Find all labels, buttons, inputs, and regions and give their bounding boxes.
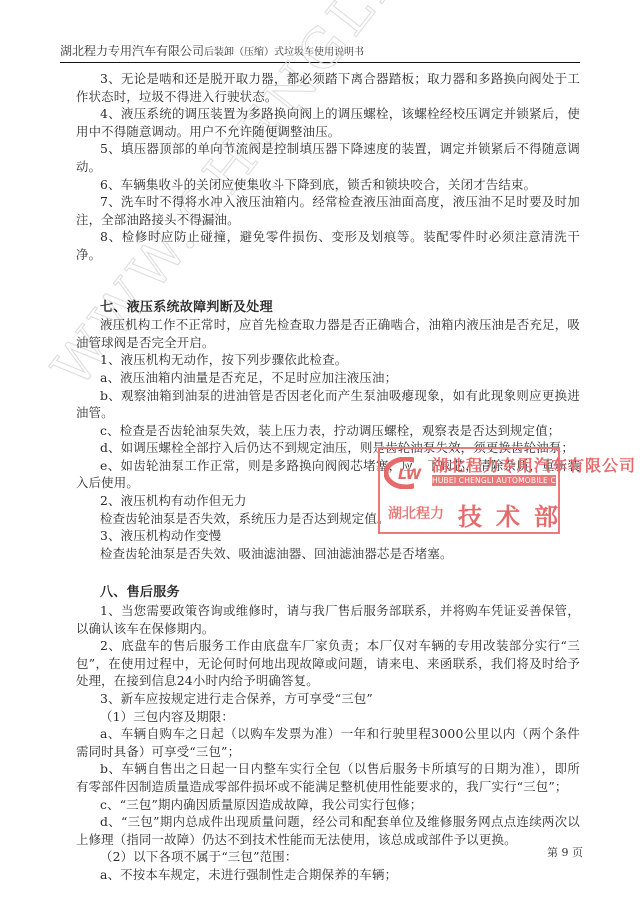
paragraph: 1、液压机构无动作，按下列步骤依此检查。	[76, 351, 580, 369]
paragraph: 4、液压系统的调压装置为多路换向阀上的调压螺栓，该螺栓经校压调定并锁紧后，使用中…	[76, 105, 580, 140]
paragraph: 8、检修时应防止碰撞，避免零件损伤、变形及划痕等。装配零件时必须注意清洗干净。	[76, 228, 580, 263]
paragraph: a、不按本车规定，未进行强制性走合期保养的车辆；	[76, 866, 580, 884]
paragraph: b、观察油箱到油泵的进油管是否因老化而产生泵油吸瘪现象，如有此现象则应更换进油管…	[76, 387, 580, 422]
paragraph: a、液压油箱内油量是否充足，不足时应加注液压油；	[76, 369, 580, 387]
paragraph: （2）以下各项不属于“三包”范围：	[76, 848, 580, 866]
paragraph: 1、当您需要政策咨询或维修时，请与我厂售后服务部联系，并将购车凭证妥善保管，以确…	[76, 602, 580, 637]
section-after-sales: 八、售后服务 1、当您需要政策咨询或维修时，请与我厂售后服务部联系，并将购车凭证…	[76, 584, 580, 883]
stamp-dept-small: 湖北程力	[388, 503, 444, 523]
section-title: 八、售后服务	[76, 584, 580, 602]
paragraph: 2、底盘车的售后服务工作由底盘车厂家负责；本厂仅对车辆的专用改装部分实行“三包”…	[76, 637, 580, 690]
paragraph: 3、新车应按规定进行走合保养，方可享受“三包”	[76, 690, 580, 708]
header-company: 湖北程力专用汽车有限公司	[60, 44, 204, 58]
section-title: 七、液压系统故障判断及处理	[76, 299, 580, 317]
paragraph: 5、填压器顶部的单向节流阀是控制填压器下降速度的装置，调定并锁紧后不得随意调动。	[76, 140, 580, 175]
page-number: 第 9 页	[547, 844, 583, 860]
document-header: 湖北程力专用汽车有限公司后装卸（压缩）式垃圾车使用说明书	[60, 44, 580, 63]
intro-list: 3、无论是啮和还是脱开取力器，都必须踏下离合器踏板；取力器和多路换向阀处于工作状…	[76, 70, 580, 264]
paragraph: 检查齿轮油泵是否失效、吸油滤油器、回油滤油器芯是否堵塞。	[76, 545, 580, 563]
paragraph: （1）三包内容及期限：	[76, 708, 580, 726]
svg-text:LW: LW	[398, 467, 422, 483]
paragraph: c、检查是否齿轮油泵失效，装上压力表，拧动调压螺栓，观察表是否达到规定值；	[76, 422, 580, 440]
header-doc-title: 后装卸（压缩）式垃圾车使用说明书	[204, 47, 364, 58]
paragraph: 液压机构工作不正常时，应首先检查取力器是否正确啮合，油箱内液压油是否充足，吸油管…	[76, 316, 580, 351]
paragraph: b、车辆自售出之日起一日内整车实行全包（以售后服务卡所填写的日期为准），即所有零…	[76, 760, 580, 795]
stamp-company-cn: 湖北程力专用汽车有限公司	[432, 453, 636, 476]
paragraph: a、车辆自购车之日起（以购车发票为准）一年和行驶里程3000公里以内（两个条件需…	[76, 725, 580, 760]
paragraph: 3、无论是啮和还是脱开取力器，都必须踏下离合器踏板；取力器和多路换向阀处于工作状…	[76, 70, 580, 105]
paragraph: 7、洗车时不得将水冲入液压油箱内。经常检查液压油面高度，液压油不足时要及时加注，…	[76, 193, 580, 228]
stamp-company-en: HUBEI CHENGLI AUTOMOBILE CO.,LTD	[432, 475, 556, 486]
company-logo-icon: LW	[384, 457, 428, 489]
stamp-dept: 技术部	[458, 497, 572, 532]
paragraph: c、“三包”期内确因质量原因造成故障，我公司实行包修；	[76, 796, 580, 814]
paragraph: d、“三包”期内总成件出现质量问题，经公司和配套单位及维修服务网点点连续两次以上…	[76, 813, 580, 848]
paragraph: 6、车辆集收斗的关闭应使集收斗下降到底，锁舌和锁块咬合，关闭才告结束。	[76, 176, 580, 194]
company-stamp: LW 湖北程力专用汽车有限公司 HUBEI CHENGLI AUTOMOBILE…	[378, 447, 560, 534]
